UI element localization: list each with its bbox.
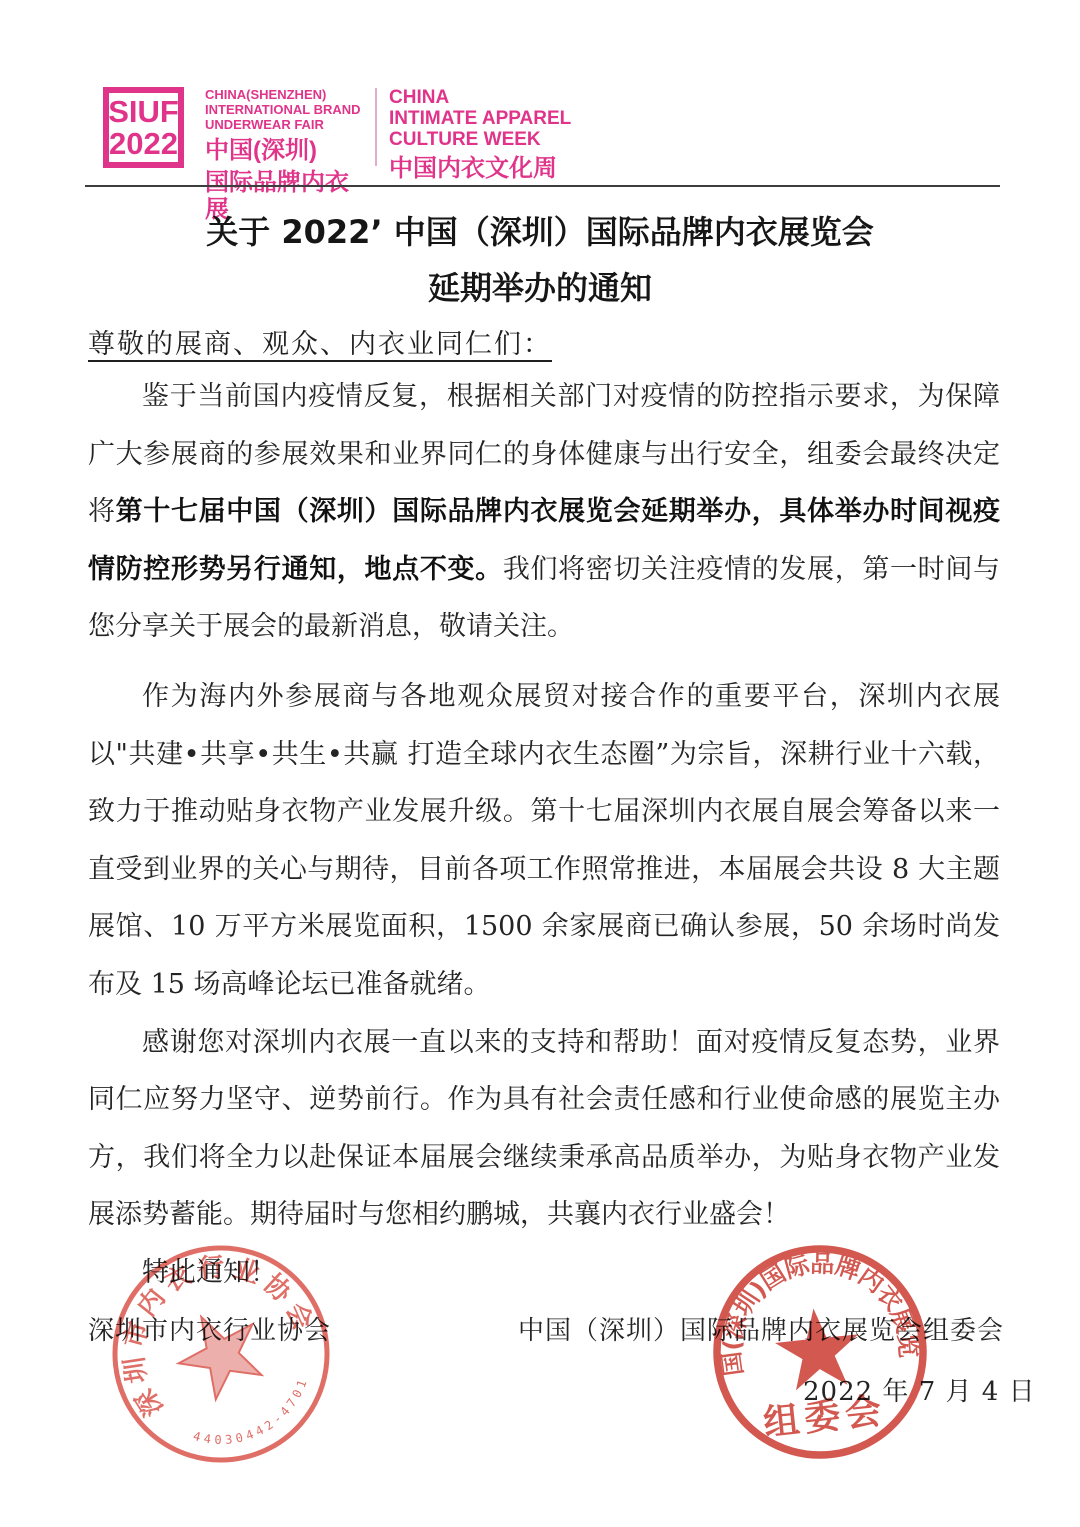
- culture-week-logo-text: CHINA INTIMATE APPAREL CULTURE WEEK 中国内衣…: [389, 87, 571, 182]
- header-divider-line: [85, 185, 1000, 187]
- siuf-2022-logo-box: SIUF 2022: [103, 87, 184, 168]
- siuf-logo-year: 2022: [109, 128, 178, 160]
- fair-name-en-line3: UNDERWEAR FAIR: [205, 117, 363, 132]
- notice-title-line2: 延期举办的通知: [0, 263, 1080, 309]
- fair-name-en-line1: CHINA(SHENZHEN): [205, 87, 363, 102]
- siuf-logo: SIUF 2022 CHINA(SHENZHEN) INTERNATIONAL …: [103, 87, 571, 223]
- notice-title-line1: 关于 2022’ 中国（深圳）国际品牌内衣展览会: [0, 207, 1080, 253]
- logo-vertical-divider: [375, 88, 377, 166]
- week-name-cn: 中国内衣文化周: [389, 156, 571, 182]
- fair-name-cn-line1: 中国(深圳): [205, 137, 363, 164]
- week-name-en-line3: CULTURE WEEK: [389, 129, 571, 150]
- salutation: 尊敬的展商、观众、内衣业同仁们：: [88, 322, 552, 361]
- committee-seal-stamp: 中国(深圳)国际品牌内衣展览会 组委会: [704, 1236, 936, 1468]
- underwear-fair-logo-text: CHINA(SHENZHEN) INTERNATIONAL BRAND UNDE…: [205, 87, 363, 223]
- seal-bottom-text: 组委会: [762, 1391, 889, 1445]
- association-seal-icon: 深圳市内衣行业协会 44030442-4701: [104, 1237, 338, 1471]
- siuf-logo-word: SIUF: [108, 96, 179, 128]
- association-seal-stamp: 深圳市内衣行业协会 44030442-4701: [104, 1237, 338, 1471]
- paragraph-3: 感谢您对深圳内衣展一直以来的支持和帮助！面对疫情反复态势，业界同仁应努力坚守、逆…: [88, 1014, 1000, 1244]
- letter-body: 鉴于当前国内疫情反复，根据相关部门对疫情的防控指示要求，为保障广大参展商的参展效…: [88, 368, 1000, 1302]
- notice-document: { "brand_color": "#e0348a", "logo": { "b…: [0, 0, 1080, 1527]
- week-name-en-line2: INTIMATE APPAREL: [389, 108, 571, 129]
- fair-name-en-line2: INTERNATIONAL BRAND: [205, 102, 363, 117]
- paragraph-2: 作为海内外参展商与各地观众展贸对接合作的重要平台，深圳内衣展以"共建•共享•共生…: [88, 668, 1000, 1014]
- week-name-en-line1: CHINA: [389, 87, 571, 108]
- paragraph-1: 鉴于当前国内疫情反复，根据相关部门对疫情的防控指示要求，为保障广大参展商的参展效…: [88, 368, 1000, 656]
- committee-seal-icon: 中国(深圳)国际品牌内衣展览会 组委会: [704, 1236, 936, 1468]
